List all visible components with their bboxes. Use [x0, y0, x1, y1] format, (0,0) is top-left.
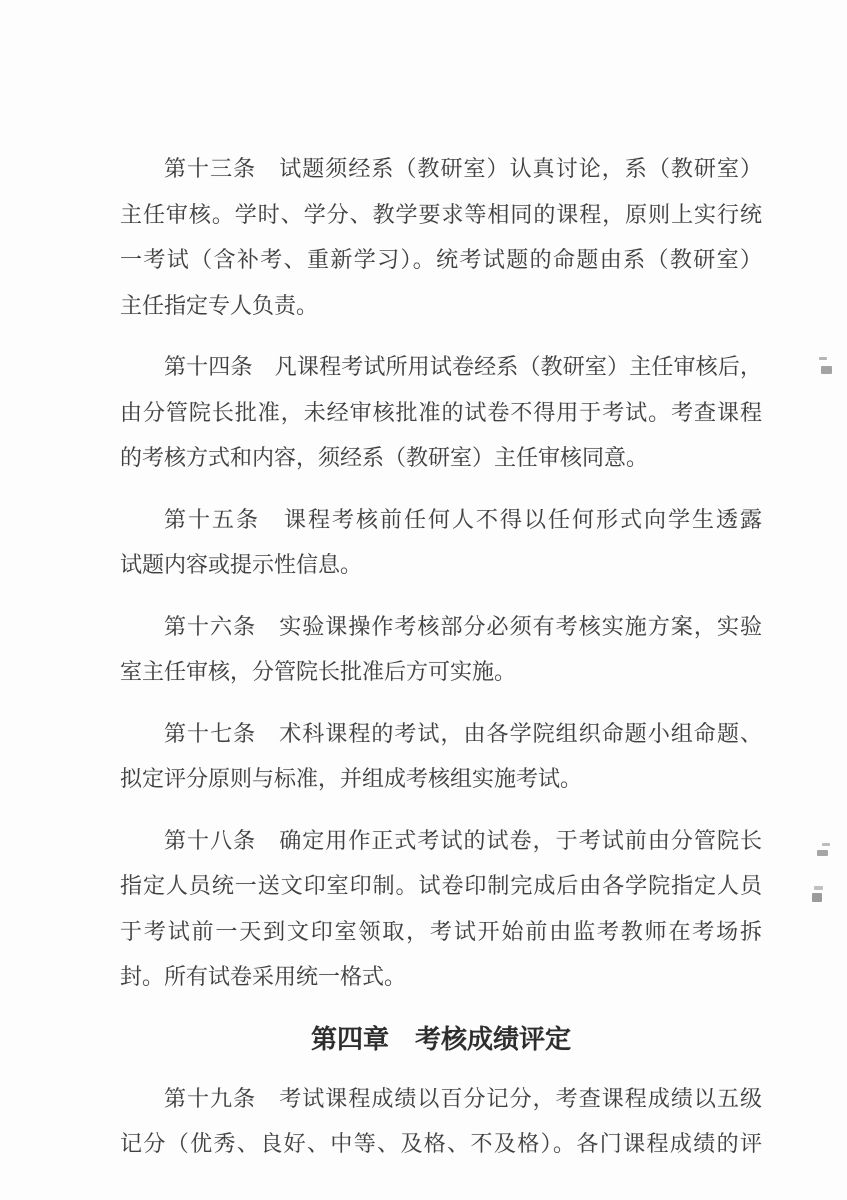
article-16-line-1: 第十六条 实验课操作考核部分必须有考核实施方案，实验 — [120, 604, 762, 650]
article-13-line-3: 一考试（含补考、重新学习）。统考试题的命题由系（教研室） — [120, 237, 762, 283]
scan-artifact — [817, 850, 828, 856]
article-18-line-4: 封。所有试卷采用统一格式。 — [120, 954, 762, 1000]
article-14-line-2: 由分管院长批准，未经审核批准的试卷不得用于考试。考查课程 — [120, 390, 762, 436]
article-19-line-2: 记分（优秀、良好、中等、及格、不及格）。各门课程成绩的评 — [120, 1121, 762, 1167]
article-16-line-2: 室主任审核，分管院长批准后方可实施。 — [120, 649, 762, 695]
article-17-line-2: 拟定评分原则与标准，并组成考核组实施考试。 — [120, 756, 762, 802]
article-15-line-2: 试题内容或提示性信息。 — [120, 542, 762, 588]
article-13-line-4: 主任指定专人负责。 — [120, 283, 762, 329]
article-15-line-1: 第十五条 课程考核前任何人不得以任何形式向学生透露 — [120, 497, 762, 543]
article-14-line-1: 第十四条 凡课程考试所用试卷经系（教研室）主任审核后， — [120, 344, 762, 390]
article-17-line-1: 第十七条 术科课程的考试，由各学院组织命题小组命题、 — [120, 711, 762, 757]
article-18-line-3: 于考试前一天到文印室领取，考试开始前由监考教师在考场拆 — [120, 909, 762, 955]
document-body: 第十三条 试题须经系（教研室）认真讨论，系（教研室） 主任审核。学时、学分、教学… — [120, 146, 762, 1183]
article-18-line-2: 指定人员统一送文印室印制。试卷印制完成后由各学院指定人员 — [120, 863, 762, 909]
scan-artifact — [812, 893, 822, 902]
article-18-line-1: 第十八条 确定用作正式考试的试卷，于考试前由分管院长 — [120, 818, 762, 864]
article-13-line-2: 主任审核。学时、学分、教学要求等相同的课程，原则上实行统 — [120, 192, 762, 238]
article-19-line-1: 第十九条 考试课程成绩以百分记分，考查课程成绩以五级 — [120, 1076, 762, 1122]
scan-artifact — [819, 357, 827, 360]
scan-artifact — [822, 843, 830, 846]
scan-artifact — [821, 366, 832, 374]
article-14-line-3: 的考核方式和内容，须经系（教研室）主任审核同意。 — [120, 435, 762, 481]
scan-artifact — [814, 886, 823, 890]
article-13-line-1: 第十三条 试题须经系（教研室）认真讨论，系（教研室） — [120, 146, 762, 192]
scanned-document-page: 第十三条 试题须经系（教研室）认真讨论，系（教研室） 主任审核。学时、学分、教学… — [0, 0, 847, 1200]
chapter-heading: 第四章 考核成绩评定 — [120, 1016, 762, 1062]
